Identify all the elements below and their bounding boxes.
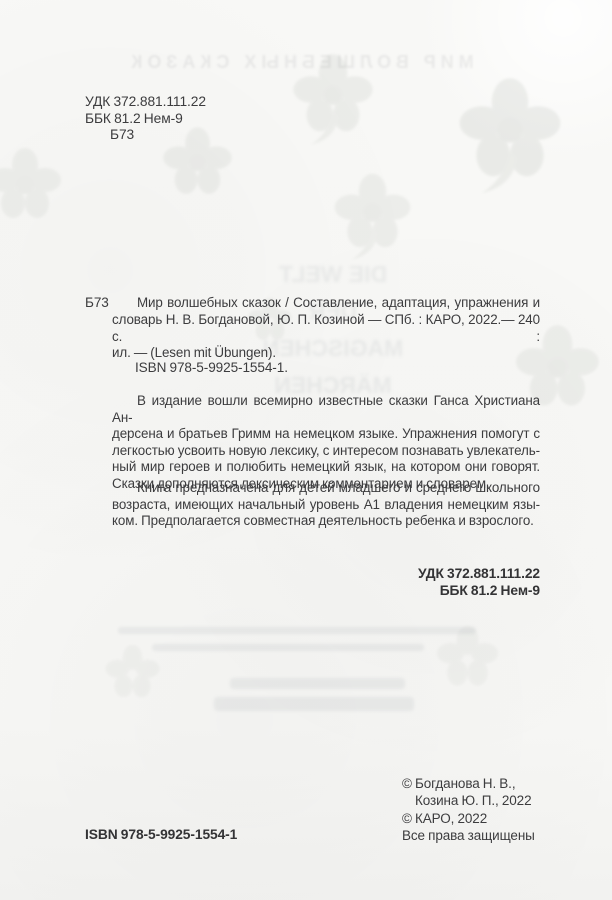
flower-showthrough-icon (320, 160, 425, 265)
bbk-code-top: ББК 81.2 Нем-9 (85, 111, 206, 128)
text-line: легкостью усвоить новую лексику, с интер… (112, 443, 540, 460)
udk-code-top: УДК 372.881.111.22 (85, 94, 206, 111)
text-line: В издание вошли всемирно известные сказк… (112, 393, 540, 426)
scanned-book-imprint-page: МИР ВОЛШЕБНЫХ СКАЗОК DIE WELT DER MAGISC… (0, 0, 612, 900)
text-line: Мир волшебных сказок / Составление, адап… (112, 295, 540, 312)
author-sign-top: Б73 (85, 127, 206, 144)
flower-showthrough-icon (278, 40, 388, 150)
showthrough-text-blur (230, 678, 405, 689)
text-line: дерсена и братьев Гримм на немецком язык… (112, 426, 540, 443)
flower-showthrough-icon (440, 60, 580, 200)
annotation-paragraph-2: Книга предназначена для детей младшего и… (112, 480, 540, 530)
text-line: возраста, имеющих начальный уровень А1 в… (112, 497, 540, 514)
classification-codes-right: УДК 372.881.111.22 ББК 81.2 Нем-9 (418, 565, 540, 599)
showthrough-text-blur (214, 697, 414, 711)
text-line: Книга предназначена для детей младшего и… (112, 480, 540, 497)
catalog-entry-label: Б73 (85, 295, 109, 310)
flower-showthrough-icon (0, 135, 75, 235)
udk-code-right: УДК 372.881.111.22 (418, 565, 540, 582)
showthrough-text-blur (118, 627, 476, 634)
text-line: Все права защищены (402, 827, 535, 844)
catalog-isbn: ISBN 978-5-9925-1554-1. (135, 360, 288, 375)
showthrough-text-blur (152, 644, 424, 651)
bbk-code-right: ББК 81.2 Нем-9 (418, 582, 540, 599)
annotation-paragraph-1: В издание вошли всемирно известные сказк… (112, 393, 540, 492)
text-line: © КАРО, 2022 (402, 810, 535, 827)
text-line: Козина Ю. П., 2022 (402, 792, 535, 809)
classification-codes-top: УДК 372.881.111.22 ББК 81.2 Нем-9 Б73 (85, 94, 206, 144)
copyright-block: © Богданова Н. В.,Козина Ю. П., 2022© КА… (402, 775, 535, 845)
text-line: ком. Предполагается совместная деятельно… (112, 513, 540, 530)
text-line: © Богданова Н. В., (402, 775, 535, 792)
text-line: словарь Н. В. Богдановой, Ю. П. Козиной … (112, 312, 540, 346)
text-line: ный мир героев и полюбить немецкий язык,… (112, 459, 540, 476)
catalog-entry-text: Мир волшебных сказок / Составление, адап… (112, 295, 540, 362)
isbn-bottom: ISBN 978-5-9925-1554-1 (85, 827, 237, 842)
